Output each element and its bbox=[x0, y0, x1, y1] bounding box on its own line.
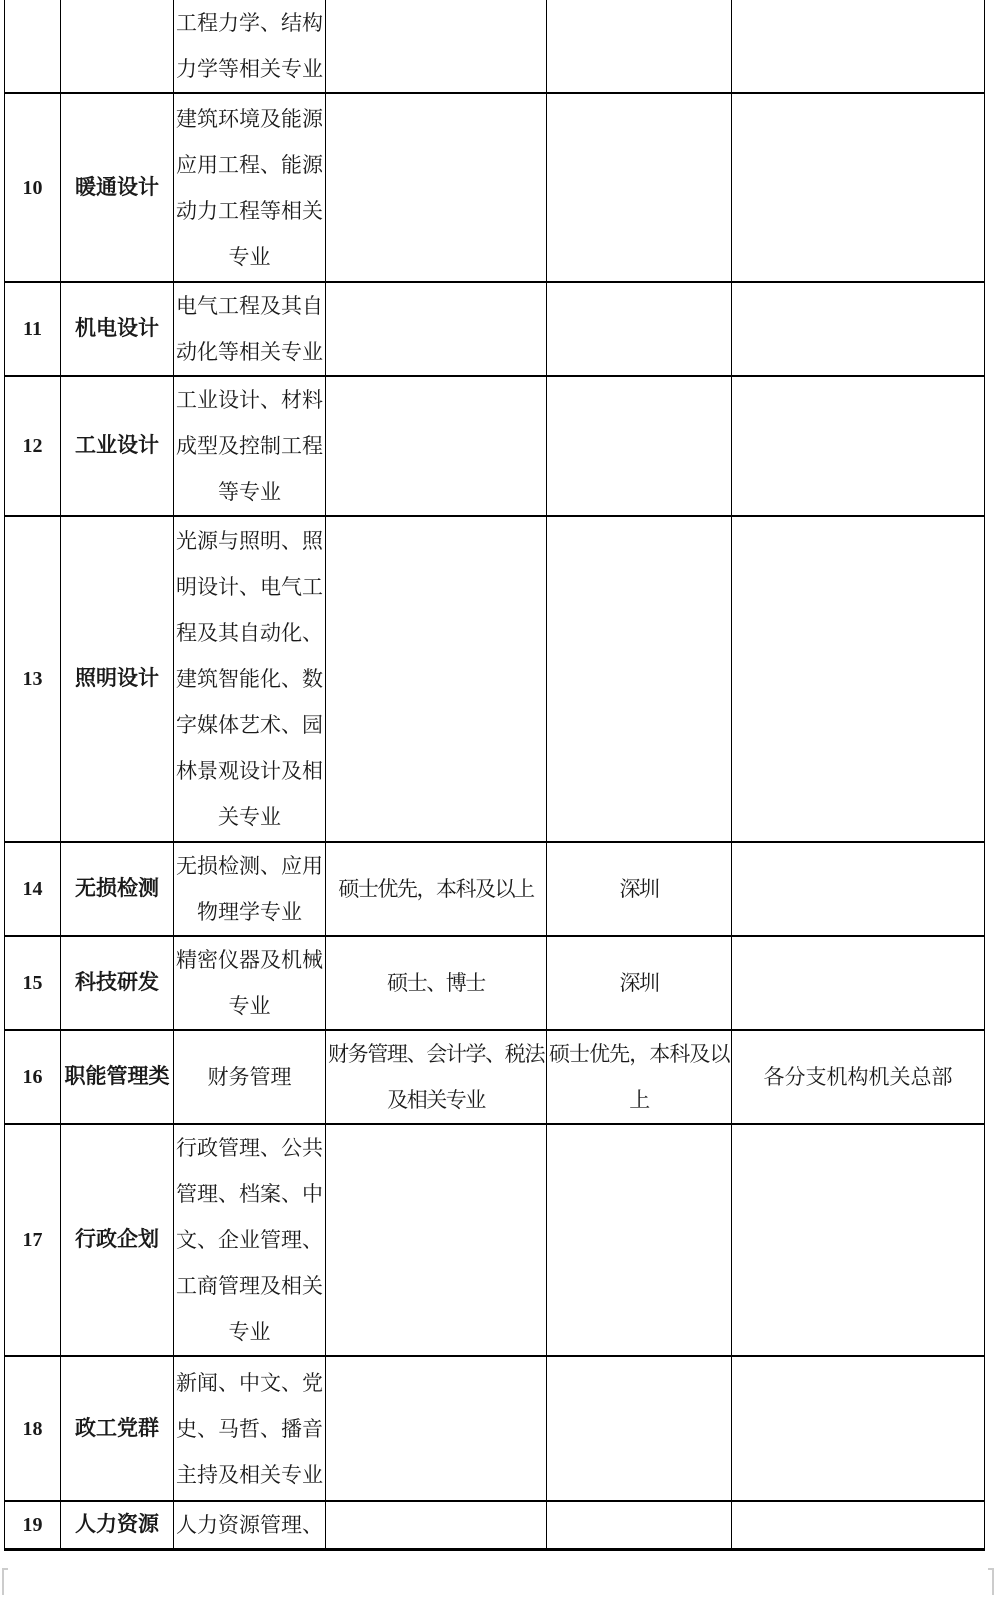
cell-line: 专业 bbox=[174, 983, 325, 1029]
next-page-left-corner-tick bbox=[2, 1568, 8, 1570]
table-cell: 深圳 bbox=[547, 842, 732, 936]
cell-line: 18 bbox=[5, 1406, 60, 1452]
cell-line: 专业 bbox=[174, 234, 325, 280]
table-cell: 科技研发 bbox=[61, 936, 174, 1030]
table-cell bbox=[732, 93, 985, 282]
table-cell bbox=[326, 1124, 547, 1356]
cell-line: 精密仪器及机械 bbox=[174, 937, 325, 983]
cell-line: 工业设计、材料 bbox=[174, 377, 325, 423]
table-row: 18政工党群新闻、中文、党史、马哲、播音主持及相关专业 bbox=[5, 1356, 985, 1501]
table-row: 16职能管理类财务管理财务管理、会计学、税法及相关专业硕士优先，本科及以上各分支… bbox=[5, 1030, 985, 1124]
table-cell bbox=[547, 1124, 732, 1356]
table-cell: 财务管理、会计学、税法及相关专业 bbox=[326, 1030, 547, 1124]
table-cell: 13 bbox=[5, 516, 61, 842]
cell-line: 林景观设计及相 bbox=[174, 748, 325, 794]
table-cell: 18 bbox=[5, 1356, 61, 1501]
cell-line: 工商管理及相关 bbox=[174, 1263, 325, 1309]
table-cell: 15 bbox=[5, 936, 61, 1030]
table-cell: 19 bbox=[5, 1501, 61, 1550]
cell-line: 16 bbox=[5, 1054, 60, 1100]
cell-line: 主持及相关专业 bbox=[174, 1452, 325, 1498]
table-cell: 建筑环境及能源应用工程、能源动力工程等相关专业 bbox=[174, 93, 326, 282]
cell-line: 硕士优先，本科及以 bbox=[547, 1031, 731, 1077]
cell-line: 动力工程等相关 bbox=[174, 188, 325, 234]
cell-line: 电气工程及其自 bbox=[174, 283, 325, 329]
table-cell bbox=[732, 1124, 985, 1356]
table-cell bbox=[732, 1501, 985, 1550]
cell-line: 应用工程、能源 bbox=[174, 142, 325, 188]
cell-line: 12 bbox=[5, 423, 60, 469]
cell-line: 17 bbox=[5, 1217, 60, 1263]
cell-line: 史、马哲、播音 bbox=[174, 1406, 325, 1452]
table-cell bbox=[547, 376, 732, 516]
cell-line: 动化等相关专业 bbox=[174, 329, 325, 375]
cell-line: 上 bbox=[547, 1077, 731, 1123]
table-row: 15科技研发精密仪器及机械专业硕士、博士深圳 bbox=[5, 936, 985, 1030]
table-row: 10暖通设计建筑环境及能源应用工程、能源动力工程等相关专业 bbox=[5, 93, 985, 282]
table-cell: 工业设计 bbox=[61, 376, 174, 516]
cell-line: 14 bbox=[5, 866, 60, 912]
cell-line: 行政管理、公共 bbox=[174, 1125, 325, 1171]
cell-line: 财务管理 bbox=[174, 1054, 325, 1100]
cell-line: 工程力学、结构 bbox=[174, 0, 325, 46]
table-cell bbox=[326, 282, 547, 376]
cell-line: 财务管理、会计学、税法 bbox=[326, 1031, 546, 1077]
recruitment-table: 工程力学、结构力学等相关专业10暖通设计建筑环境及能源应用工程、能源动力工程等相… bbox=[4, 0, 985, 1551]
cell-line: 15 bbox=[5, 960, 60, 1006]
cell-line: 暖通设计 bbox=[61, 165, 173, 211]
cell-line: 及相关专业 bbox=[326, 1077, 546, 1123]
table-cell: 职能管理类 bbox=[61, 1030, 174, 1124]
table-cell: 行政企划 bbox=[61, 1124, 174, 1356]
table-cell: 电气工程及其自动化等相关专业 bbox=[174, 282, 326, 376]
table-cell bbox=[326, 376, 547, 516]
cell-line: 各分支机构机关总部 bbox=[732, 1054, 984, 1100]
cell-line: 关专业 bbox=[174, 794, 325, 840]
table-cell bbox=[547, 93, 732, 282]
table-cell bbox=[732, 936, 985, 1030]
recruitment-table-body: 工程力学、结构力学等相关专业10暖通设计建筑环境及能源应用工程、能源动力工程等相… bbox=[5, 0, 985, 1550]
cell-line: 无损检测、应用 bbox=[174, 843, 325, 889]
table-cell bbox=[547, 1501, 732, 1550]
cell-line: 科技研发 bbox=[61, 960, 173, 1006]
table-cell: 暖通设计 bbox=[61, 93, 174, 282]
cell-line: 明设计、电气工 bbox=[174, 564, 325, 610]
table-cell bbox=[732, 516, 985, 842]
table-cell: 财务管理 bbox=[174, 1030, 326, 1124]
table-cell: 硕士优先，本科及以上 bbox=[547, 1030, 732, 1124]
cell-line: 光源与照明、照 bbox=[174, 518, 325, 564]
table-cell bbox=[547, 516, 732, 842]
cell-line: 管理、档案、中 bbox=[174, 1171, 325, 1217]
table-cell: 17 bbox=[5, 1124, 61, 1356]
cell-line: 专业 bbox=[174, 1309, 325, 1355]
table-row: 11机电设计电气工程及其自动化等相关专业 bbox=[5, 282, 985, 376]
cell-line: 11 bbox=[5, 306, 60, 352]
table-row: 19人力资源人力资源管理、 bbox=[5, 1501, 985, 1550]
table-cell: 工业设计、材料成型及控制工程等专业 bbox=[174, 376, 326, 516]
cell-line: 成型及控制工程 bbox=[174, 423, 325, 469]
cell-line: 10 bbox=[5, 165, 60, 211]
cell-line: 建筑环境及能源 bbox=[174, 96, 325, 142]
table-cell bbox=[326, 516, 547, 842]
table-cell bbox=[547, 1356, 732, 1501]
cell-line: 等专业 bbox=[174, 469, 325, 515]
cell-line: 13 bbox=[5, 656, 60, 702]
cell-line: 照明设计 bbox=[61, 656, 173, 702]
cell-line: 人力资源管理、 bbox=[174, 1502, 325, 1548]
table-cell: 硕士优先，本科及以上 bbox=[326, 842, 547, 936]
table-cell bbox=[5, 0, 61, 93]
table-cell: 10 bbox=[5, 93, 61, 282]
table-cell bbox=[326, 1356, 547, 1501]
next-page-left-edge-mark bbox=[2, 1568, 4, 1595]
table-row: 工程力学、结构力学等相关专业 bbox=[5, 0, 985, 93]
table-cell: 深圳 bbox=[547, 936, 732, 1030]
cell-line: 机电设计 bbox=[61, 306, 173, 352]
cell-line: 物理学专业 bbox=[174, 889, 325, 935]
cell-line: 职能管理类 bbox=[61, 1054, 173, 1100]
table-cell: 精密仪器及机械专业 bbox=[174, 936, 326, 1030]
table-row: 17行政企划行政管理、公共管理、档案、中文、企业管理、工商管理及相关专业 bbox=[5, 1124, 985, 1356]
table-row: 12工业设计工业设计、材料成型及控制工程等专业 bbox=[5, 376, 985, 516]
table-cell bbox=[326, 0, 547, 93]
table-cell bbox=[547, 282, 732, 376]
table-cell: 工程力学、结构力学等相关专业 bbox=[174, 0, 326, 93]
table-cell: 14 bbox=[5, 842, 61, 936]
table-cell bbox=[326, 1501, 547, 1550]
table-cell bbox=[732, 842, 985, 936]
table-cell: 16 bbox=[5, 1030, 61, 1124]
cell-line: 文、企业管理、 bbox=[174, 1217, 325, 1263]
cell-line: 人力资源 bbox=[61, 1502, 173, 1548]
table-cell bbox=[547, 0, 732, 93]
table-cell: 机电设计 bbox=[61, 282, 174, 376]
table-cell: 12 bbox=[5, 376, 61, 516]
table-cell: 11 bbox=[5, 282, 61, 376]
table-cell: 硕士、博士 bbox=[326, 936, 547, 1030]
table-cell: 无损检测 bbox=[61, 842, 174, 936]
table-row: 14无损检测无损检测、应用物理学专业硕士优先，本科及以上深圳 bbox=[5, 842, 985, 936]
cell-line: 建筑智能化、数 bbox=[174, 656, 325, 702]
table-cell bbox=[732, 1356, 985, 1501]
table-cell bbox=[326, 93, 547, 282]
cell-line: 政工党群 bbox=[61, 1406, 173, 1452]
table-cell bbox=[732, 282, 985, 376]
table-cell: 行政管理、公共管理、档案、中文、企业管理、工商管理及相关专业 bbox=[174, 1124, 326, 1356]
cell-line: 深圳 bbox=[547, 866, 731, 912]
table-cell bbox=[61, 0, 174, 93]
table-cell bbox=[732, 376, 985, 516]
table-cell: 人力资源 bbox=[61, 1501, 174, 1550]
cell-line: 力学等相关专业 bbox=[174, 46, 325, 92]
table-cell: 光源与照明、照明设计、电气工程及其自动化、建筑智能化、数字媒体艺术、园林景观设计… bbox=[174, 516, 326, 842]
table-cell: 新闻、中文、党史、马哲、播音主持及相关专业 bbox=[174, 1356, 326, 1501]
table-cell bbox=[732, 0, 985, 93]
cell-line: 新闻、中文、党 bbox=[174, 1360, 325, 1406]
cell-line: 工业设计 bbox=[61, 423, 173, 469]
cell-line: 19 bbox=[5, 1502, 60, 1548]
cell-line: 无损检测 bbox=[61, 866, 173, 912]
next-page-right-corner-tick bbox=[988, 1568, 994, 1570]
table-row: 13照明设计光源与照明、照明设计、电气工程及其自动化、建筑智能化、数字媒体艺术、… bbox=[5, 516, 985, 842]
cell-line: 硕士优先，本科及以上 bbox=[326, 866, 546, 912]
table-cell: 人力资源管理、 bbox=[174, 1501, 326, 1550]
table-cell: 各分支机构机关总部 bbox=[732, 1030, 985, 1124]
table-cell: 无损检测、应用物理学专业 bbox=[174, 842, 326, 936]
cell-line: 行政企划 bbox=[61, 1217, 173, 1263]
table-cell: 政工党群 bbox=[61, 1356, 174, 1501]
next-page-right-edge-mark bbox=[992, 1568, 994, 1595]
table-cell: 照明设计 bbox=[61, 516, 174, 842]
cell-line: 程及其自动化、 bbox=[174, 610, 325, 656]
cell-line: 字媒体艺术、园 bbox=[174, 702, 325, 748]
cell-line: 深圳 bbox=[547, 960, 731, 1006]
cell-line: 硕士、博士 bbox=[326, 960, 546, 1006]
